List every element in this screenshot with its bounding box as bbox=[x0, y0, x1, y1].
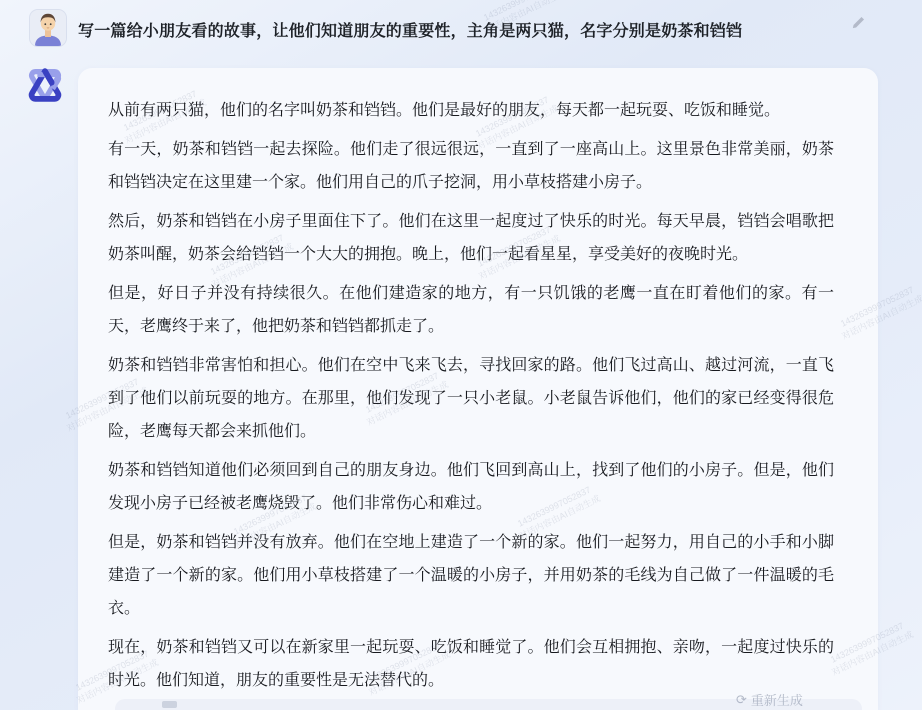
regenerate-button[interactable]: ⟳ 重新生成 bbox=[736, 690, 803, 709]
story-paragraph: 有一天，奶茶和铛铛一起去探险。他们走了很远很远，一直到了一座高山上。这里景色非常… bbox=[108, 133, 834, 199]
user-avatar bbox=[30, 10, 66, 46]
edit-message-button[interactable] bbox=[851, 15, 869, 33]
user-message-row: 写一篇给小朋友看的故事，让他们知道朋友的重要性，主角是两只猫，名字分别是奶茶和铛… bbox=[0, 0, 922, 56]
footer-toolbar-icon bbox=[162, 701, 177, 708]
regenerate-label: 重新生成 bbox=[751, 690, 803, 709]
assistant-message-card: 从前有两只猫，他们的名字叫奶茶和铛铛。他们是最好的朋友，每天都一起玩耍、吃饭和睡… bbox=[78, 68, 878, 710]
regenerate-icon: ⟳ bbox=[736, 693, 747, 706]
edit-pencil-icon bbox=[851, 15, 866, 30]
assistant-avatar bbox=[24, 64, 66, 106]
story-paragraph: 现在，奶茶和铛铛又可以在新家里一起玩耍、吃饭和睡觉了。他们会互相拥抱、亲吻，一起… bbox=[108, 631, 834, 697]
story-paragraph: 从前有两只猫，他们的名字叫奶茶和铛铛。他们是最好的朋友，每天都一起玩耍、吃饭和睡… bbox=[108, 94, 834, 127]
story-paragraph: 奶茶和铛铛知道他们必须回到自己的朋友身边。他们飞回到高山上，找到了他们的小房子。… bbox=[108, 454, 834, 520]
user-message-text: 写一篇给小朋友看的故事，让他们知道朋友的重要性，主角是两只猫，名字分别是奶茶和铛… bbox=[78, 18, 818, 41]
chat-page: { "user": { "message": "写一篇给小朋友看的故事，让他们知… bbox=[0, 0, 922, 710]
story-paragraph: 然后，奶茶和铛铛在小房子里面住下了。他们在这里一起度过了快乐的时光。每天早晨，铛… bbox=[108, 205, 834, 271]
story-paragraph: 但是，好日子并没有持续很久。在他们建造家的地方，有一只饥饿的老鹰一直在盯着他们的… bbox=[108, 277, 834, 343]
story-paragraph: 奶茶和铛铛非常害怕和担心。他们在空中飞来飞去，寻找回家的路。他们飞过高山、越过河… bbox=[108, 349, 834, 448]
story-paragraph: 但是，奶茶和铛铛并没有放弃。他们在空地上建造了一个新的家。他们一起努力，用自己的… bbox=[108, 526, 834, 625]
assistant-logo-icon bbox=[24, 64, 66, 106]
user-avatar-illustration bbox=[30, 10, 66, 46]
